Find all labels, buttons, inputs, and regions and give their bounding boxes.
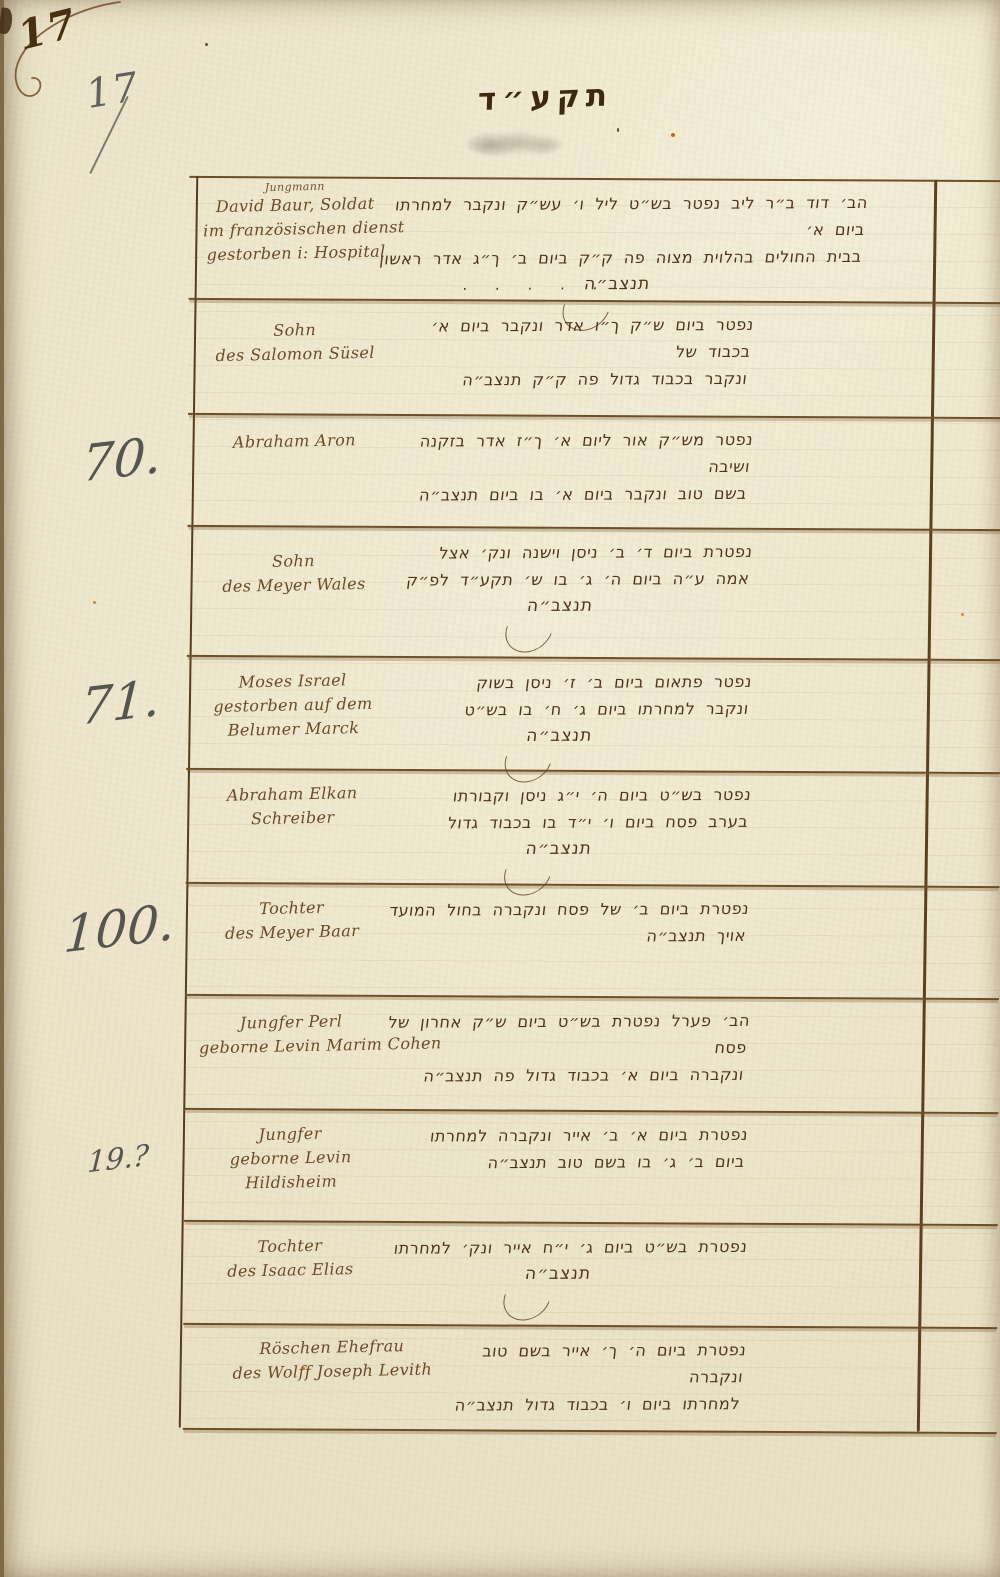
german-entry: JungmannDavid Baur, Soldatim französisch… (202, 179, 389, 268)
pencil-smudge (466, 131, 562, 157)
hebrew-entry: נפטרת ביום ב׳ של פסח ונקברה בחול המועדאו… (372, 895, 751, 951)
hebrew-line: נפטר ביום ש״ק ך״ו אדר ונקבר ביום א׳ בכבו… (377, 311, 756, 367)
hebrew-line: בשם טוב ונקבר ביום א׳ בו ביום תנצב״ה (373, 480, 749, 509)
register-row: 70. Abraham Aron נפטר מש״ק אור ליום א׳ ך… (187, 413, 1000, 531)
german-line: Abraham Elkan (200, 780, 385, 808)
hebrew-line: ונקברה ביום א׳ בכבוד גדול פה תנצב״ה (370, 1061, 746, 1090)
page-left-edge (0, 0, 4, 1577)
register-row: Tochterdes Isaac Elias נפטרת בש״ט ביום ג… (183, 1220, 998, 1329)
german-line: Schreiber (200, 804, 385, 832)
hebrew-line: ונקבר בכבוד גדול פה ק״ק תנצב״ה (373, 365, 749, 394)
german-entry: Abraham ElkanSchreiber (200, 780, 386, 832)
hebrew-closing-abbreviation: תנצב״ה (372, 592, 748, 621)
register-row: Abraham ElkanSchreiber נפטר בש״ט ביום ה׳… (186, 768, 1000, 888)
hebrew-line: ונקבר למחרתו ביום ג׳ ח׳ בו בש״ט (375, 695, 751, 724)
hebrew-entry: נפטר בש״ט ביום ה׳ י״ג ניסן וקבורתובערב פ… (371, 781, 753, 864)
german-entry: Jungfergeborne LevinHildisheim (197, 1120, 383, 1196)
paper-speck (205, 43, 208, 46)
hebrew-entry: נפטר ביום ש״ק ך״ו אדר ונקבר ביום א׳ בכבו… (373, 311, 755, 394)
hebrew-entry: הב׳ פערל נפטרת בש״ט ביום ש״ק אחרון של פס… (370, 1007, 752, 1090)
table-rows: JungmannDavid Baur, Soldatim französisch… (189, 176, 1000, 180)
register-row: 71. Moses Israelgestorben auf demBelumer… (186, 655, 1000, 774)
hebrew-closing-abbreviation: תנצב״ה. . . . . (374, 270, 860, 300)
register-page: 17 17 תקע״ד JungmannDavid Baur, Soldatim… (0, 0, 1000, 1577)
german-line: des Meyer Wales (201, 571, 386, 599)
hebrew-entry: נפטר מש״ק אור ליום א׳ ך״ז אדר בזקנה ושיב… (373, 426, 755, 509)
pen-flourish-loop (498, 599, 561, 662)
register-row: JungmannDavid Baur, Soldatim französisch… (189, 176, 1000, 304)
register-table: JungmannDavid Baur, Soldatim französisch… (183, 176, 1000, 1432)
ink-dots: . . . . . (461, 271, 608, 299)
margin-number: 100. (62, 893, 177, 965)
hebrew-closing-abbreviation: תנצב״ה (370, 1260, 746, 1289)
hebrew-entry: נפטרת ביום א׳ ב׳ אייר ונקברה למחרתוביום … (371, 1121, 750, 1177)
hebrew-line: נפטר מש״ק אור ליום א׳ ך״ז אדר בזקנה ושיב… (376, 426, 755, 482)
german-line: Belumer Marck (201, 715, 386, 743)
hebrew-line: נפטרת ביום ד׳ ב׳ ניסן וישנה ונק׳ אצל (379, 538, 755, 567)
german-line: des Isaac Elias (198, 1256, 383, 1284)
paper-speck (961, 613, 964, 616)
paper-speck (93, 601, 96, 604)
margin-number: 70. (64, 424, 179, 496)
hebrew-entry: נפטרת ביום ד׳ ב׳ ניסן וישנה ונק׳ אצלאמה … (372, 538, 754, 621)
paper-speck (617, 128, 619, 132)
german-entry: Tochterdes Isaac Elias (197, 1232, 383, 1284)
german-line: des Meyer Baar (199, 918, 384, 946)
register-row: Jungfer Perlgeborne Levin Marim Cohen הב… (184, 994, 999, 1114)
pen-flourish-loop (496, 1267, 559, 1330)
hebrew-entry: נפטרת בש״ט ביום ג׳ י״ח אייר ונק׳ למחרתות… (370, 1233, 749, 1289)
hebrew-closing-abbreviation: תנצב״ה (371, 722, 747, 751)
hebrew-line: אמה ע״ה ביום ה׳ ג׳ בו ש׳ תקע״ד לפ״ק (375, 565, 751, 594)
register-row: Röschen Ehefraudes Wolff Joseph Levith נ… (183, 1323, 998, 1434)
german-line: Hildisheim (198, 1168, 383, 1196)
margin-number: 19.? (62, 1135, 175, 1183)
german-line: des Salomon Süsel (202, 340, 387, 368)
hebrew-line: למחרתו ביום ו׳ בכבוד גדול תנצב״ה (422, 1390, 742, 1419)
german-line: gestorben i: Hospital (203, 239, 388, 267)
paper-speck (671, 133, 675, 137)
german-entry: Jungfer Perlgeborne Levin Marim Cohen (198, 1008, 384, 1060)
hebrew-line: נפטר פתאום ביום ב׳ ז׳ ניסן בשוק (378, 668, 754, 697)
german-entry: Abraham Aron (202, 427, 387, 455)
hebrew-line: הב׳ פערל נפטרת בש״ט ביום ש״ק אחרון של פס… (373, 1007, 752, 1063)
german-line: Abraham Aron (202, 427, 387, 455)
hebrew-year-heading: תקע״ד (477, 78, 598, 118)
hebrew-line: הב׳ דוד ב״ר ליב נפטר בש״ט ליל ו׳ עש״ק ונ… (381, 189, 870, 245)
hebrew-line: נפטרת בש״ט ביום ג׳ י״ח אייר ונק׳ למחרתו (373, 1233, 749, 1262)
hebrew-line: ביום ב׳ ג׳ בו בשם טוב תנצב״ה (371, 1148, 747, 1177)
register-row: 100. Tochterdes Meyer Baar נפטרת ביום ב׳… (185, 882, 1000, 1000)
hebrew-line: בבית החולים בהלוית מצוה פה ק״ק ביום ב׳ ך… (377, 243, 863, 273)
hebrew-closing-abbreviation: תנצב״ה (371, 835, 747, 864)
hebrew-line: אויך תנצב״ה (372, 922, 748, 951)
page-number-pencil: 17 (83, 64, 142, 118)
german-entry: Sohndes Salomon Süsel (202, 317, 388, 369)
hebrew-line: נפטרת ביום ה׳ ך׳ אייר בשם טוב ונקברה (425, 1336, 748, 1392)
hebrew-line: בערב פסח ביום ו׳ י״ד בו בכבוד גדול (374, 808, 750, 837)
margin-number: 71. (63, 666, 178, 738)
german-entry: Moses Israelgestorben auf demBelumer Mar… (200, 667, 386, 743)
german-entry: Sohndes Meyer Wales (201, 547, 387, 599)
register-row: Sohndes Salomon Süsel נפטר ביום ש״ק ך״ו … (188, 298, 1000, 419)
register-row: 19.? Jungfergeborne LevinHildisheim נפטר… (184, 1108, 999, 1226)
hebrew-line: נפטר בש״ט ביום ה׳ י״ג ניסן וקבורתו (377, 781, 753, 810)
paper-speck (302, 1367, 305, 1370)
hebrew-line: נפטרת ביום ב׳ של פסח ונקברה בחול המועד (375, 895, 751, 924)
hebrew-entry: הב׳ דוד ב״ר ליב נפטר בש״ט ליל ו׳ עש״ק ונ… (374, 189, 869, 299)
register-row: Sohndes Meyer Wales נפטרת ביום ד׳ ב׳ ניס… (187, 525, 1000, 661)
hebrew-entry: נפטרת ביום ה׳ ך׳ אייר בשם טוב ונקברהלמחר… (422, 1336, 748, 1419)
hebrew-line: נפטרת ביום א׳ ב׳ אייר ונקברה למחרתו (374, 1121, 750, 1150)
german-entry: Tochterdes Meyer Baar (199, 894, 385, 946)
hebrew-entry: נפטר פתאום ביום ב׳ ז׳ ניסן בשוקונקבר למח… (371, 668, 753, 751)
german-line: geborne Levin Marim Cohen (199, 1032, 384, 1060)
